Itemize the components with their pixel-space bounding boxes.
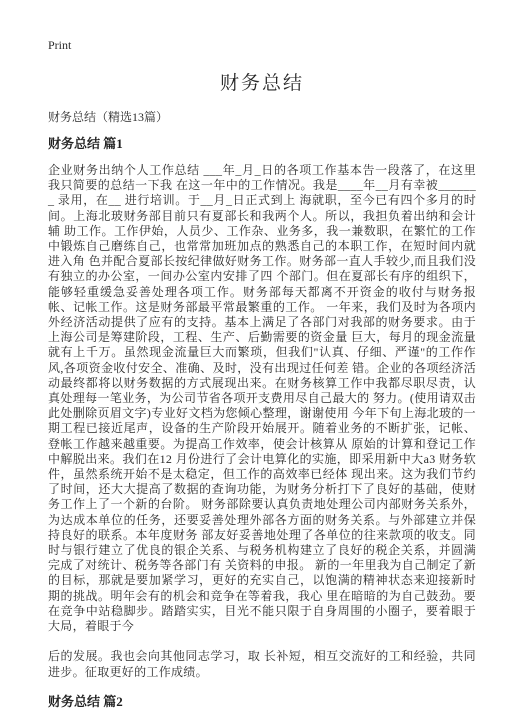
section-1-paragraph-1: 企业财务出纳个人工作总结 ___年_月_日的各项工作基本告一段落了，在这里我只简… xyxy=(48,163,476,634)
document-title: 财务总结 xyxy=(48,71,476,97)
section-2-heading: 财务总结 篇2 xyxy=(48,694,476,710)
document-subtitle: 财务总结（精选13篇） xyxy=(48,110,476,125)
print-link[interactable]: Print xyxy=(48,38,71,52)
document-page: Print 财务总结 财务总结（精选13篇） 财务总结 篇1 企业财务出纳个人工… xyxy=(0,0,520,718)
section-1-heading: 财务总结 篇1 xyxy=(48,136,476,152)
section-1-paragraph-2: 后的发展。我也会向其他同志学习，取 长补短，相互交流好的工和经验，共同进步。征取… xyxy=(48,649,476,679)
